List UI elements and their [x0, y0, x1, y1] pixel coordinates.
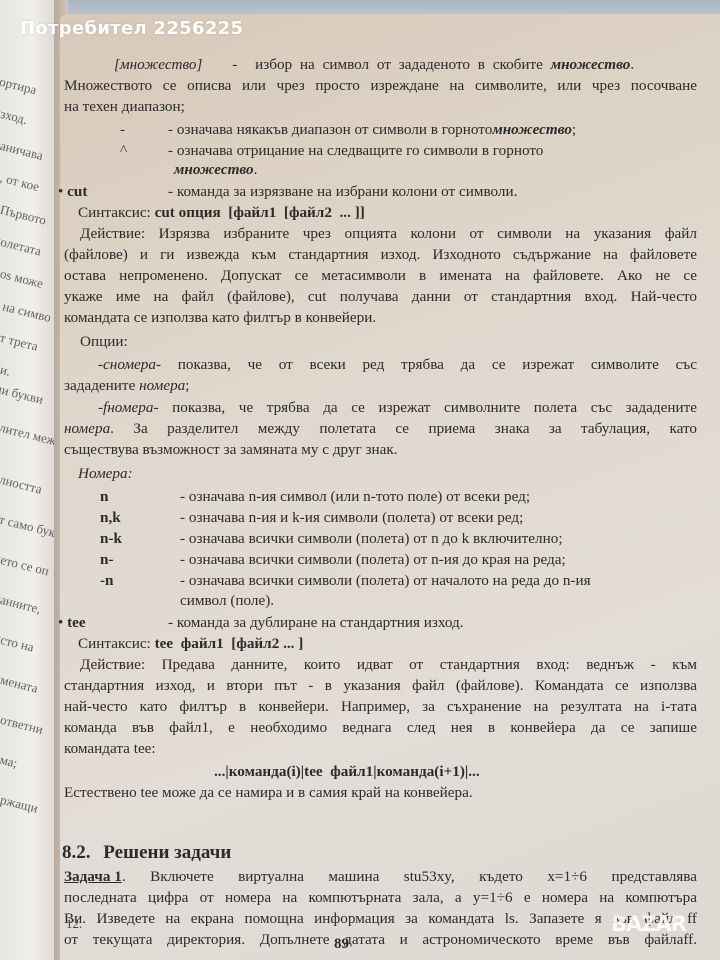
option-f-cont-2: съществува възможност за замяната му с д… [64, 439, 398, 460]
number-key: -n [100, 572, 114, 589]
tee-action-5: командата tee: [64, 738, 156, 759]
left-page-text-fragment: ома; [0, 750, 19, 771]
task-text: . Включете виртуална машина stu53xy, къд… [122, 866, 697, 887]
number-desc: - означава n-ия и k-ия символи (полета) … [180, 507, 523, 528]
page-number: 89 [334, 936, 349, 953]
negation-symbol: ^ [120, 140, 127, 161]
cut-action-1: Действие: Изрязва избраните чрез опцията… [80, 223, 697, 244]
left-page-text-fragment: раничава [0, 136, 45, 164]
bullet-icon: • [58, 183, 63, 200]
section-number: 8.2. [62, 842, 91, 863]
tee-action-4: команда във файл1, е необходимо веднага … [64, 717, 697, 738]
section-heading: 8.2. Решени задачи [62, 842, 231, 863]
left-page-text-fragment: елител меж [0, 418, 56, 449]
bazar-watermark-logo: BAZAR [611, 912, 686, 936]
option-c: -cномера - показва, че от всеки ред тряб… [98, 354, 697, 375]
tee-action-2: стандартния изход, и втори път - в указа… [64, 675, 697, 696]
set-word: множество [492, 121, 572, 138]
dash: - [232, 56, 237, 73]
syntax-text: tee файл1 [файл2 ... ] [155, 635, 304, 652]
left-page-text-fragment: ъответни [0, 710, 45, 738]
option-f-cont: номера. За разделител между полетата се … [64, 418, 697, 439]
negation-cont: множество. [174, 159, 257, 180]
left-page-text-fragment: елността [0, 470, 44, 497]
tee-syntax: Синтаксис: tee файл1 [файл2 ... ] [78, 633, 303, 654]
syntax-label: Синтаксис: [78, 204, 151, 221]
cut-action-2: (файлове) и ги извежда към стандартния и… [64, 244, 697, 265]
set-line-3: на техен диапазон; [64, 96, 185, 117]
option-flag: -fномера [98, 397, 153, 418]
left-page-text-fragment: полетата [0, 232, 43, 259]
range-desc: - означава някакъв диапазон от символи в… [168, 119, 576, 140]
task-1-line-1: Задача 1. Включете виртуална машина stu5… [64, 866, 697, 887]
cut-action-3: остава непроменено. Допускат се метасимв… [64, 265, 697, 286]
range-symbol: - [120, 119, 125, 140]
tee-pipeline-example: ...|команда(i)|tee файл1|команда(i+1)|..… [214, 761, 480, 782]
user-watermark: Потребител 2256225 [20, 18, 243, 39]
left-page-text-fragment: . Първото [0, 200, 48, 228]
number-key: n [100, 488, 108, 505]
left-page-text-fragment: ържащи [0, 790, 40, 816]
option-flag: -cномера [98, 354, 156, 375]
left-page-text-fragment: нето се оп [0, 550, 51, 579]
set-desc: избор на символ от зададеното в скобите [255, 56, 551, 73]
semicolon: ; [572, 121, 576, 138]
numbers-word: номера [64, 418, 110, 439]
negation-desc: - означава отрицание на следващите го си… [168, 140, 543, 161]
text: зададените [64, 377, 139, 394]
tee-action-1: Действие: Предава данните, които идват о… [80, 654, 697, 675]
left-page-text-fragment: е [0, 40, 2, 57]
set-definition: [множество] - избор на символ от зададен… [114, 54, 697, 75]
number-desc: - означава n-ия символ (или n-тото поле)… [180, 486, 530, 507]
number-row: n-k [100, 528, 122, 549]
left-page-text-fragment: ми букви [0, 380, 45, 408]
task-1-line-3: Ви. Изведете на екрана помощна информаци… [64, 908, 697, 929]
left-page-text-fragment: изход. [0, 104, 29, 128]
number-desc: - означава всички символи (полета) от n-… [180, 549, 566, 570]
set-term: [множество] [114, 56, 202, 73]
semicolon: ; [185, 377, 189, 394]
number-key: n,k [100, 509, 121, 526]
period: . [630, 56, 634, 73]
margin-number: 12. [66, 916, 82, 932]
left-page-text-fragment: ри. [0, 360, 12, 380]
set-line-2: Множеството се описва или чрез просто из… [64, 75, 697, 96]
tee-desc: - команда за дублиране на стандартния из… [168, 612, 464, 633]
set-word: множество [174, 161, 254, 178]
period: . [254, 161, 258, 178]
left-page-text-fragment: о, от кое [0, 168, 41, 195]
numbers-label: Номера: [78, 463, 133, 484]
option-desc: - показва, че трябва да се изрежат симво… [153, 397, 697, 418]
tee-action-3: най-често като филтър в конвейери. Напри… [64, 696, 697, 717]
numbers-heading: Номера: [78, 465, 133, 482]
number-row: n [100, 486, 108, 507]
left-page-text-fragment: исто на [0, 630, 35, 655]
number-row: n,k [100, 507, 121, 528]
left-page-text-fragment: имената [0, 670, 40, 696]
tee-closing: Естествено tee може да се намира и в сам… [64, 782, 473, 803]
syntax-text: cut опция [файл1 [файл2 ... ]] [155, 204, 365, 221]
options-label: Опции: [80, 331, 128, 352]
cut-bullet: • cut [58, 181, 87, 202]
cut-syntax: Синтаксис: cut опция [файл1 [файл2 ... ]… [78, 202, 365, 223]
option-c-cont: зададените номера; [64, 375, 190, 396]
option-f: -fномера - показва, че трябва да се изре… [98, 397, 697, 418]
option-desc: - показва, че от всеки ред трябва да се … [156, 354, 697, 375]
task-1-line-4: от текущата директория. Допълнете датата… [64, 929, 697, 950]
number-row: n- [100, 549, 114, 570]
left-page-text-fragment: от трета [0, 328, 40, 354]
syntax-label: Синтаксис: [78, 635, 151, 652]
number-desc: - означава всички символи (полета) от на… [180, 570, 591, 591]
number-key: n-k [100, 530, 122, 547]
left-page-edge: есортираизход.раничавао, от кое. Първото… [0, 0, 56, 960]
tee-command: tee [67, 614, 86, 631]
left-page-text-fragment: данните, [0, 590, 42, 617]
number-key: n- [100, 551, 114, 568]
section-title: Решени задачи [103, 842, 231, 863]
left-page-text-fragment: pos може [0, 264, 45, 292]
task-label: Задача 1 [64, 866, 122, 887]
range-text: - означава някакъв диапазон от символи в… [168, 121, 492, 138]
cut-desc: - команда за изрязване на избрани колони… [168, 181, 517, 202]
text: . За разделител между полетата се приема… [110, 418, 697, 439]
cut-action-5: командата се използва като филтър в конв… [64, 307, 376, 328]
left-page-text-fragment: сортира [0, 72, 38, 98]
cut-command: cut [67, 183, 87, 200]
set-word: множество [551, 56, 631, 73]
number-desc: - означава всички символи (полета) от n … [180, 528, 563, 549]
numbers-word: номера [139, 377, 185, 394]
tee-bullet: • tee [58, 612, 86, 633]
bullet-icon: • [58, 614, 63, 631]
left-page-text-fragment: а на симво [0, 296, 53, 326]
left-page-text-fragment: ат само бук [0, 510, 56, 541]
number-desc-cont: символ (поле). [180, 590, 274, 611]
cut-action-4: укаже име на файл (файлове), cut получав… [64, 286, 697, 307]
task-1-line-2: последната цифра от номера на компютърна… [64, 887, 697, 908]
number-row: -n [100, 570, 114, 591]
